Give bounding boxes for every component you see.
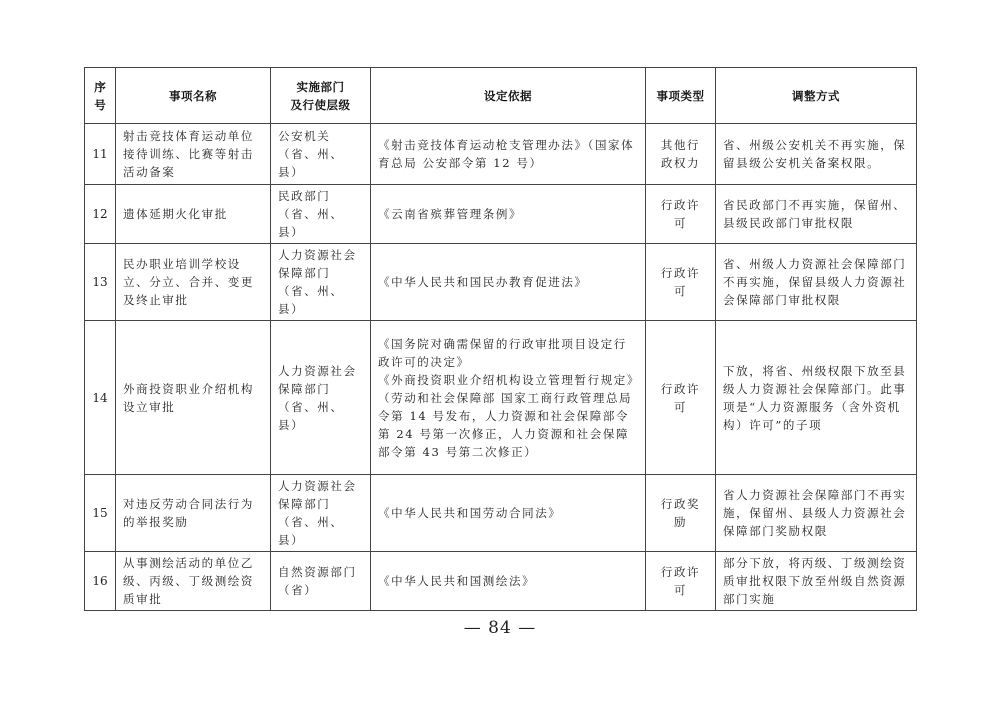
row-type: 行政许可 bbox=[646, 321, 716, 475]
basis-line: 《中华人民共和国民办教育促进法》 bbox=[378, 273, 638, 291]
header-adjust: 调整方式 bbox=[716, 68, 917, 124]
row-name: 对违反劳动合同法行为的举报奖励 bbox=[116, 475, 271, 552]
row-basis: 《中华人民共和国测绘法》 bbox=[371, 552, 646, 611]
row-type: 行政奖励 bbox=[646, 475, 716, 552]
row-name: 外商投资职业介绍机构设立审批 bbox=[116, 321, 271, 475]
row-dept: 人力资源社会保障部门（省、州、县） bbox=[271, 244, 371, 321]
row-no: 14 bbox=[85, 321, 116, 475]
basis-line: 《外商投资职业介绍机构设立管理暂行规定》（劳动和社会保障部 国家工商行政管理总局… bbox=[378, 371, 638, 461]
row-basis: 《中华人民共和国劳动合同法》 bbox=[371, 475, 646, 552]
adjustment-table: 序号 事项名称 实施部门及行使层级 设定依据 事项类型 调整方式 11 射击竞技… bbox=[84, 67, 917, 611]
row-name: 从事测绘活动的单位乙级、丙级、丁级测绘资质审批 bbox=[116, 552, 271, 611]
header-dept: 实施部门及行使层级 bbox=[271, 68, 371, 124]
basis-line: 《中华人民共和国劳动合同法》 bbox=[378, 504, 638, 522]
row-dept: 人力资源社会保障部门（省、州、县） bbox=[271, 321, 371, 475]
row-dept: 公安机关（省、州、县） bbox=[271, 124, 371, 185]
row-name: 射击竞技体育运动单位接待训练、比赛等射击活动备案 bbox=[116, 124, 271, 185]
row-basis: 《射击竞技体育运动枪支管理办法》（国家体育总局 公安部令第 12 号） bbox=[371, 124, 646, 185]
row-type: 行政许可 bbox=[646, 552, 716, 611]
row-adjust: 省、州级公安机关不再实施，保留县级公安机关备案权限。 bbox=[716, 124, 917, 185]
row-adjust: 省、州级人力资源社会保障部门不再实施，保留县级人力资源社会保障部门审批权限 bbox=[716, 244, 917, 321]
row-basis: 《国务院对确需保留的行政审批项目设定行政许可的决定》 《外商投资职业介绍机构设立… bbox=[371, 321, 646, 475]
table-header-row: 序号 事项名称 实施部门及行使层级 设定依据 事项类型 调整方式 bbox=[85, 68, 917, 124]
basis-line: 《国务院对确需保留的行政审批项目设定行政许可的决定》 bbox=[378, 335, 638, 371]
page-number: — 84 — bbox=[0, 618, 1000, 638]
basis-line: 《云南省殡葬管理条例》 bbox=[378, 205, 638, 223]
table-row: 12 遗体延期火化审批 民政部门（省、州、县） 《云南省殡葬管理条例》 行政许可… bbox=[85, 185, 917, 244]
header-type: 事项类型 bbox=[646, 68, 716, 124]
row-adjust: 省民政部门不再实施，保留州、县级民政部门审批权限 bbox=[716, 185, 917, 244]
row-no: 13 bbox=[85, 244, 116, 321]
table-row: 14 外商投资职业介绍机构设立审批 人力资源社会保障部门（省、州、县） 《国务院… bbox=[85, 321, 917, 475]
row-dept: 自然资源部门（省） bbox=[271, 552, 371, 611]
header-no: 序号 bbox=[85, 68, 116, 124]
basis-line: 《射击竞技体育运动枪支管理办法》（国家体育总局 公安部令第 12 号） bbox=[378, 136, 638, 172]
row-basis: 《云南省殡葬管理条例》 bbox=[371, 185, 646, 244]
table-row: 13 民办职业培训学校设立、分立、合并、变更及终止审批 人力资源社会保障部门（省… bbox=[85, 244, 917, 321]
header-basis: 设定依据 bbox=[371, 68, 646, 124]
row-dept: 民政部门（省、州、县） bbox=[271, 185, 371, 244]
row-adjust: 部分下放，将丙级、丁级测绘资质审批权限下放至州级自然资源部门实施 bbox=[716, 552, 917, 611]
basis-line: 《中华人民共和国测绘法》 bbox=[378, 572, 638, 590]
row-no: 11 bbox=[85, 124, 116, 185]
row-basis: 《中华人民共和国民办教育促进法》 bbox=[371, 244, 646, 321]
row-no: 15 bbox=[85, 475, 116, 552]
table-row: 11 射击竞技体育运动单位接待训练、比赛等射击活动备案 公安机关（省、州、县） … bbox=[85, 124, 917, 185]
row-adjust: 下放，将省、州级权限下放至县级人力资源社会保障部门。此事项是“人力资源服务（含外… bbox=[716, 321, 917, 475]
row-dept: 人力资源社会保障部门（省、州、县） bbox=[271, 475, 371, 552]
row-no: 12 bbox=[85, 185, 116, 244]
row-name: 民办职业培训学校设立、分立、合并、变更及终止审批 bbox=[116, 244, 271, 321]
header-name: 事项名称 bbox=[116, 68, 271, 124]
row-adjust: 省人力资源社会保障部门不再实施，保留州、县级人力资源社会保障部门奖励权限 bbox=[716, 475, 917, 552]
row-type: 其他行政权力 bbox=[646, 124, 716, 185]
row-name: 遗体延期火化审批 bbox=[116, 185, 271, 244]
table-row: 15 对违反劳动合同法行为的举报奖励 人力资源社会保障部门（省、州、县） 《中华… bbox=[85, 475, 917, 552]
table-row: 16 从事测绘活动的单位乙级、丙级、丁级测绘资质审批 自然资源部门（省） 《中华… bbox=[85, 552, 917, 611]
row-no: 16 bbox=[85, 552, 116, 611]
row-type: 行政许可 bbox=[646, 244, 716, 321]
row-type: 行政许可 bbox=[646, 185, 716, 244]
